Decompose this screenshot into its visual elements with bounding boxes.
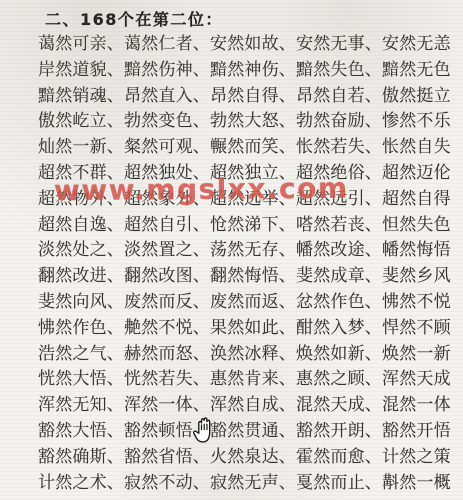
idiom-line: 计然之术、寂然不动、寂然无声、戛然而止、斠然一概: [38, 471, 461, 497]
idiom-line: 浑然无知、浑然一体、浑然自成、混然天成、混然一体: [38, 393, 461, 419]
mouse-cursor-hand-icon: [188, 414, 215, 444]
idiom-line: 翻然改进、翻然改图、翻然悔悟、斐然成章、斐然乡风: [38, 264, 461, 290]
section-title: 二、168个在第二位：: [45, 7, 223, 30]
idiom-line: 灿然一新、粲然可观、冁然而笑、怅然若失、怅然自失: [38, 135, 461, 161]
document-page: 二、168个在第二位： 蔼然可亲、蔼然仁者、安然如故、安然无事、安然无恙岸然道貌…: [0, 0, 463, 500]
idiom-line: 淡然处之、淡然置之、荡然无存、幡然改途、幡然悔悟: [38, 238, 461, 264]
watermark: www.mgslxx.com: [54, 172, 349, 208]
idiom-line: 怫然作色、艴然不悦、果然如此、酣然入梦、悍然不顾: [38, 316, 461, 342]
idiom-line: 豁然确斯、豁然省悟、火然泉达、霍然而愈、计然之策: [38, 445, 461, 471]
idiom-line: 超然自逸、超然自引、怆然涕下、嗒然若丧、怛然失色: [38, 213, 461, 239]
idiom-list: 蔼然可亲、蔼然仁者、安然如故、安然无事、安然无恙岸然道貌、黯然伤神、黯然神伤、黯…: [38, 32, 461, 496]
idiom-line: 浩然之气、赫然而怒、涣然冰释、焕然如新、焕然一新: [38, 342, 461, 368]
idiom-line: 岸然道貌、黯然伤神、黯然神伤、黯然失色、黯然无色: [38, 58, 461, 84]
idiom-line: 黯然销魂、昂然直入、昂然自得、昂然自若、傲然挺立: [38, 84, 461, 110]
idiom-line: 傲然屹立、勃然变色、勃然大怒、勃然奋励、惨然不乐: [38, 109, 461, 135]
idiom-line: 恍然大悟、恍然若失、惠然肯来、惠然之顾、浑然天成: [38, 367, 461, 393]
idiom-line: 斐然向风、废然而反、废然而返、忿然作色、怫然不悦: [38, 290, 461, 316]
idiom-line: 蔼然可亲、蔼然仁者、安然如故、安然无事、安然无恙: [38, 32, 461, 58]
idiom-line: 豁然大悟、豁然顿悟、豁然贯通、豁然开朗、豁然开悟: [38, 419, 461, 445]
